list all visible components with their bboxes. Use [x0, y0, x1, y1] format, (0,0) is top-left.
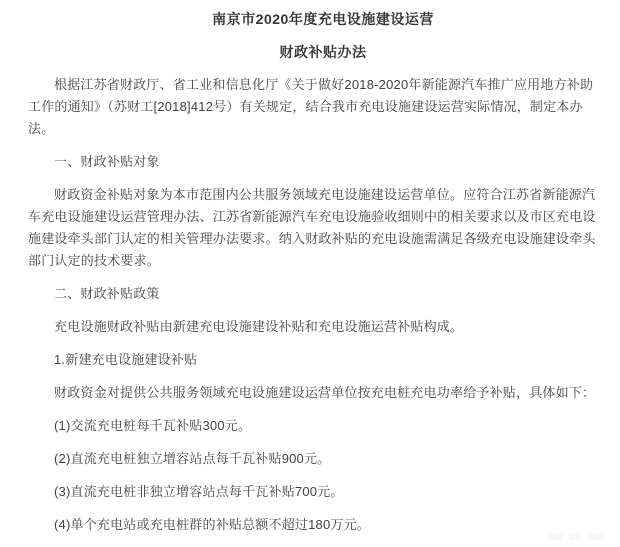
- subsidy-item-2: (2)直流充电桩独立增容站点每千瓦补贴900元。: [28, 448, 618, 470]
- subsidy-item-4: (4)单个充电站或充电桩群的补贴总额不超过180万元。: [28, 514, 618, 536]
- doc-title: 南京市2020年度充电设施建设运营: [28, 8, 618, 30]
- text-line: 财政资金对提供公共服务领域充电设施建设运营单位按充电桩充电功率给予补贴，具体如下…: [28, 382, 618, 404]
- heading-text: 一、财政补贴对象: [28, 151, 618, 173]
- text-line: 施建设牵头部门认定的相关管理办法要求。纳入财政补贴的充电设施需满足各级充电设施建…: [28, 228, 618, 250]
- section-2-intro: 充电设施财政补贴由新建充电设施建设补贴和充电设施运营补贴构成。: [28, 316, 618, 338]
- text-line: 部门认定的技术要求。: [28, 250, 618, 272]
- subsidy-item-1: (1)交流充电桩每千瓦补贴300元。: [28, 415, 618, 437]
- subsection-1-intro: 财政资金对提供公共服务领域充电设施建设运营单位按充电桩充电功率给予补贴，具体如下…: [28, 382, 618, 404]
- text-line: 充电设施财政补贴由新建充电设施建设补贴和充电设施运营补贴构成。: [28, 316, 618, 338]
- intro-paragraph: 根据江苏省财政厅、省工业和信息化厅《关于做好2018-2020年新能源汽车推广应…: [28, 74, 618, 140]
- heading-text: 二、财政补贴政策: [28, 283, 618, 305]
- section-1-paragraph: 财政资金补贴对象为本市范围内公共服务领域充电设施建设运营单位。应符合江苏省新能源…: [28, 184, 618, 272]
- text-line: (4)单个充电站或充电桩群的补贴总额不超过180万元。: [28, 514, 618, 536]
- text-line: (3)直流充电桩非独立增容站点每千瓦补贴700元。: [28, 481, 618, 503]
- subsection-1-heading: 1.新建充电设施建设补贴: [28, 349, 618, 371]
- text-line: 财政资金补贴对象为本市范围内公共服务领域充电设施建设运营单位。应符合江苏省新能源…: [28, 184, 618, 206]
- text-line: 根据江苏省财政厅、省工业和信息化厅《关于做好2018-2020年新能源汽车推广应…: [28, 74, 618, 96]
- subsidy-item-3: (3)直流充电桩非独立增容站点每千瓦补贴700元。: [28, 481, 618, 503]
- text-line: (2)直流充电桩独立增容站点每千瓦补贴900元。: [28, 448, 618, 470]
- section-1-heading: 一、财政补贴对象: [28, 151, 618, 173]
- text-line: 法。: [28, 118, 618, 140]
- document-page: 南京市2020年度充电设施建设运营 财政补贴办法 根据江苏省财政厅、省工业和信息…: [0, 0, 620, 547]
- text-line: 车充电设施建设运营管理办法、江苏省新能源汽车充电设施验收细则中的相关要求以及市区…: [28, 206, 618, 228]
- text-line: 工作的通知》（苏财工[2018]412号）有关规定，结合我市充电设施建设运营实际…: [28, 96, 618, 118]
- doc-subtitle: 财政补贴办法: [28, 41, 618, 63]
- faint-watermark: [548, 530, 614, 543]
- heading-text: 1.新建充电设施建设补贴: [28, 349, 618, 371]
- section-2-heading: 二、财政补贴政策: [28, 283, 618, 305]
- text-line: (1)交流充电桩每千瓦补贴300元。: [28, 415, 618, 437]
